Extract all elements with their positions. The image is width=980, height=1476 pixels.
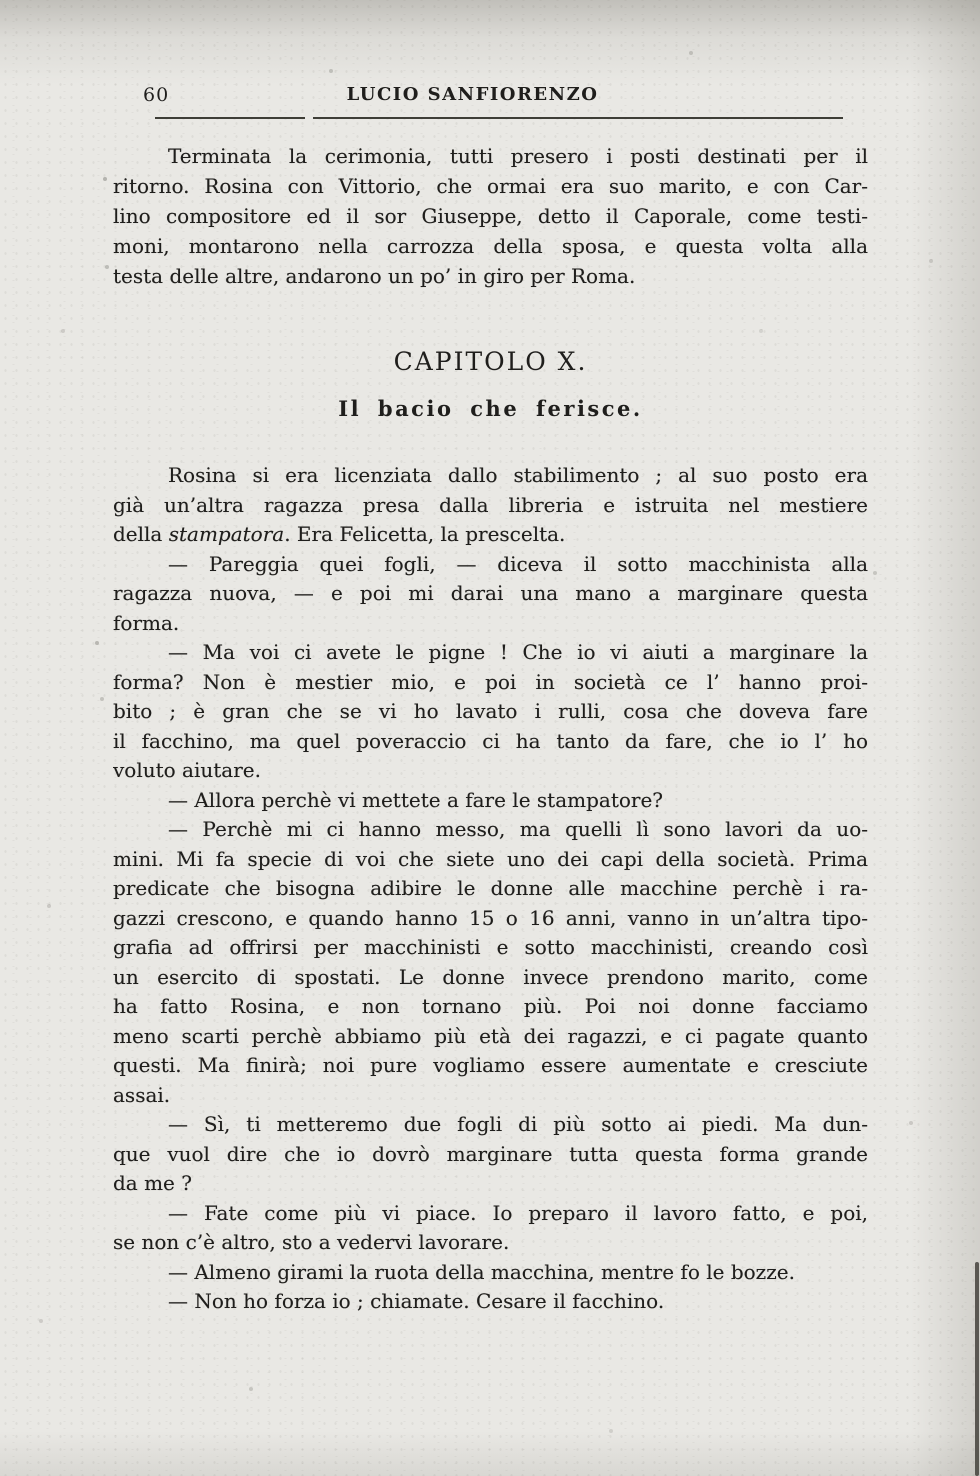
text-line: ha fatto Rosina, e non tornano più. Poi …	[113, 992, 868, 1022]
text-line: se non c’è altro, sto a vedervi lavorare…	[113, 1228, 868, 1258]
margin-speckles	[0, 0, 2, 2]
text-line: forma.	[113, 609, 868, 639]
text-line: ritorno. Rosina con Vittorio, che ormai …	[113, 171, 868, 201]
text-line: assai.	[113, 1081, 868, 1111]
paragraph-almeno-girami: — Almeno girami la ruota della macchina,…	[113, 1258, 868, 1288]
text-line: — Non ho forza io ; chiamate. Cesare il …	[113, 1287, 868, 1317]
text-line: questi. Ma finirà; noi pure vogliamo ess…	[113, 1051, 868, 1081]
text-line: bito ; è gran che se vi ho lavato i rull…	[113, 697, 868, 727]
text-line: — Ma voi ci avete le pigne ! Che io vi a…	[113, 638, 868, 668]
paragraph-pareggia-fogli: — Pareggia quei fogli, — diceva il sotto…	[113, 550, 868, 639]
header-rule-right	[313, 117, 843, 119]
text-line: mini. Mi fa specie di voi che siete uno …	[113, 845, 868, 875]
text-line: grafia ad offrirsi per macchinisti e sot…	[113, 933, 868, 963]
text-line: — Sì, ti metteremo due fogli di più sott…	[113, 1110, 868, 1140]
text-line: Rosina si era licenziata dallo stabilime…	[113, 461, 868, 491]
text-line: già un’altra ragazza presa dalla libreri…	[113, 491, 868, 521]
text-line: forma? Non è mestier mio, e poi in socie…	[113, 668, 868, 698]
running-header: LUCIO SANFIORENZO	[95, 84, 850, 105]
text-line: testa delle altre, andarono un po’ in gi…	[113, 261, 868, 291]
header-rule-left	[155, 117, 305, 119]
text-line: lino compositore ed il sor Giuseppe, det…	[113, 201, 868, 231]
italic-word: stampatora	[169, 522, 284, 546]
text-line: della stampatora. Era Felicetta, la pres…	[113, 520, 868, 550]
text-line: meno scarti perchè abbiamo più età dei r…	[113, 1022, 868, 1052]
text-line: gazzi crescono, e quando hanno 15 o 16 a…	[113, 904, 868, 934]
text-fragment: . Era Felicetta, la prescelta.	[284, 522, 565, 546]
chapter-heading: CAPITOLO X.	[113, 347, 868, 377]
paragraph-non-ho-forza: — Non ho forza io ; chiamate. Cesare il …	[113, 1287, 868, 1317]
paragraph-allora-perche: — Allora perchè vi mettete a fare le sta…	[113, 786, 868, 816]
paragraph-perche-mi-ci-hanno: — Perchè mi ci hanno messo, ma quelli lì…	[113, 815, 868, 1110]
paragraph-fate-come-piu: — Fate come più vi piace. Io preparo il …	[113, 1199, 868, 1258]
text-line: da me ?	[113, 1169, 868, 1199]
text-line: — Perchè mi ci hanno messo, ma quelli lì…	[113, 815, 868, 845]
text-line: — Fate come più vi piace. Io preparo il …	[113, 1199, 868, 1229]
text-line: moni, montarono nella carrozza della spo…	[113, 231, 868, 261]
scan-page: 60 LUCIO SANFIORENZO Terminata la cerimo…	[0, 0, 980, 1476]
scan-edge-line	[975, 1262, 979, 1476]
text-line: predicate che bisogna adibire le donne a…	[113, 874, 868, 904]
paragraph-rosina-licenziata: Rosina si era licenziata dallo stabilime…	[113, 461, 868, 550]
bottom-edge-shading	[0, 1431, 980, 1476]
text-line: — Almeno girami la ruota della macchina,…	[113, 1258, 868, 1288]
top-edge-shading	[0, 0, 980, 85]
text-line: — Allora perchè vi mettete a fare le sta…	[113, 786, 868, 816]
text-line: voluto aiutare.	[113, 756, 868, 786]
right-edge-shading	[910, 0, 980, 1476]
text-line: il facchino, ma quel poveraccio ci ha ta…	[113, 727, 868, 757]
page-header: 60 LUCIO SANFIORENZO	[113, 84, 868, 110]
text-line: ragazza nuova, — e poi mi darai una mano…	[113, 579, 868, 609]
body-text: Rosina si era licenziata dallo stabilime…	[113, 461, 868, 1317]
text-line: — Pareggia quei fogli, — diceva il sotto…	[113, 550, 868, 580]
text-line: que vuol dire che io dovrò marginare tut…	[113, 1140, 868, 1170]
text-fragment: della	[113, 522, 169, 546]
text-line: Terminata la cerimonia, tutti presero i …	[113, 141, 868, 171]
intro-paragraph: Terminata la cerimonia, tutti presero i …	[113, 141, 868, 291]
paragraph-si-ti-metteremo: — Sì, ti metteremo due fogli di più sott…	[113, 1110, 868, 1199]
paragraph-ma-voi-pigne: — Ma voi ci avete le pigne ! Che io vi a…	[113, 638, 868, 786]
text-line: un esercito di spostati. Le donne invece…	[113, 963, 868, 993]
chapter-subtitle: Il bacio che ferisce.	[113, 395, 868, 422]
